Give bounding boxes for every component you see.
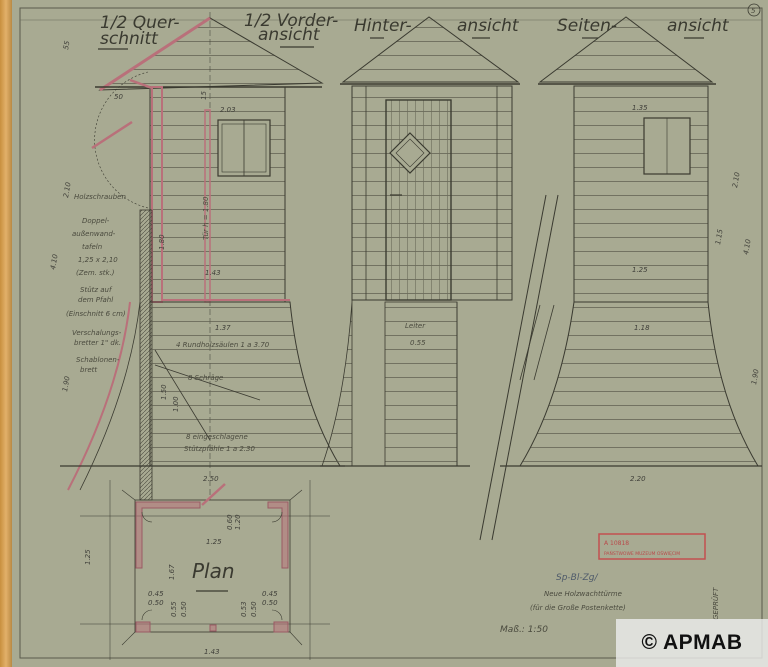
note-stuetz-1: Stütz auf [80,286,113,294]
dim-135: 1.35 [632,104,648,112]
side-view [480,17,762,540]
dim-050-left: 0.50 [148,599,164,607]
dim-143-plan: 1.43 [204,648,220,656]
dim-210-left: 2.10 [62,181,73,198]
dim-060: 0.60 [226,514,234,530]
dim-150: 1.50 [160,384,168,400]
label-plan: Plan [192,559,235,583]
title-line-1: Neue Holzwachttürme [544,590,622,598]
note-stuetz-3: (Einschnitt 6 cm) [66,310,126,318]
rear-view [320,17,520,466]
note-leiter-width: 0.55 [410,339,426,347]
note-verschalung-1: Verschalungs- [72,329,122,337]
dim-125-plan-left: 1.25 [84,549,92,565]
title-line-2: (für die Große Postenkette) [530,604,626,612]
note-doppel-1: Doppel- [82,217,110,225]
note-schablonen-2: brett [80,366,97,374]
dim-190-left: 1.90 [61,375,72,392]
label-rear-2: ansicht [457,16,520,36]
dim-410-left: 4.10 [49,253,60,270]
label-front-2: ansicht [258,25,321,45]
dim-100: 1.00 [172,396,180,412]
dim-55: 55 [62,40,72,51]
dim-120: 1.20 [234,514,242,530]
dim-053: 0.53 [240,601,248,617]
dim-167: 1.67 [168,564,176,580]
dim-115: 1.15 [714,228,725,245]
note-doppel-5: (Zem. stk.) [76,269,115,277]
dim-143-front: 1.43 [205,269,221,277]
note-doppel-3: tafeln [82,243,102,251]
label-side-2: ansicht [667,16,730,36]
side-stamp: GEPRÜFT [711,587,720,620]
dim-50: 50 [114,93,123,101]
scale-note: Maß.: 1:50 [500,625,548,635]
dim-125-plan: 1.25 [206,538,222,546]
dim-045-left: 0.45 [148,590,164,598]
dim-118: 1.18 [634,324,650,332]
dim-210: 2.10 [731,171,742,188]
dim-410: 4.10 [742,238,753,255]
architectural-drawing: 1/2 Quer- schnitt 1/2 Vorder- ansicht Hi… [0,0,768,667]
dim-050-right: 0.50 [262,599,278,607]
label-side-1: Seiten- [557,16,617,36]
label-rear-1: Hinter- [354,16,412,36]
dim-250: 2.50 [203,475,219,483]
note-pfaehle-2: Stützpfähle 1 a 2.30 [184,445,255,453]
note-doppel-4: 1,25 x 2,10 [78,256,118,264]
note-pfaehle-1: 8 eingeschlagene [186,433,248,441]
note-doppel-2: außenwand- [72,230,116,238]
note-holzschrauben: Holzschrauben [74,193,126,201]
dim-15: 15 [200,91,208,100]
dim-203: 2.03 [220,106,236,114]
dim-125-side: 1.25 [632,266,648,274]
note-verschalung-2: bretter 1" dk. [74,339,121,347]
dim-137: 1.37 [215,324,231,332]
note-rundholz: 4 Rundholzsäulen 1 a 3.70 [176,341,270,349]
dim-180: 1.80 [158,234,166,250]
title-ref: Sp-Bl-Zg/ [556,573,598,583]
dim-220: 2.20 [630,475,646,483]
dim-050a: 0.50 [180,601,188,617]
dim-190-right: 1.90 [750,368,761,385]
note-schablonen-1: Schablonen- [76,356,120,364]
note-schraege: 8 Schräge [188,374,223,382]
stamp-line-1: A 10818 [604,540,629,547]
copyright-text: © APMAB [641,631,742,655]
copyright-watermark: © APMAB [616,619,768,667]
dim-050b: 0.50 [250,601,258,617]
note-stuetz-2: dem Pfahl [78,296,113,304]
dim-055: 0.55 [170,601,178,617]
note-leiter: Leiter [405,322,426,330]
label-cross-section-2: schnitt [100,29,159,49]
note-tuer: Tür h = 1.80 [202,196,210,240]
sheet-number: 5 [751,7,756,15]
dim-045-right: 0.45 [262,590,278,598]
stamp-line-2: PAŃSTWOWE MUZEUM OŚWIĘCIM [604,550,680,557]
